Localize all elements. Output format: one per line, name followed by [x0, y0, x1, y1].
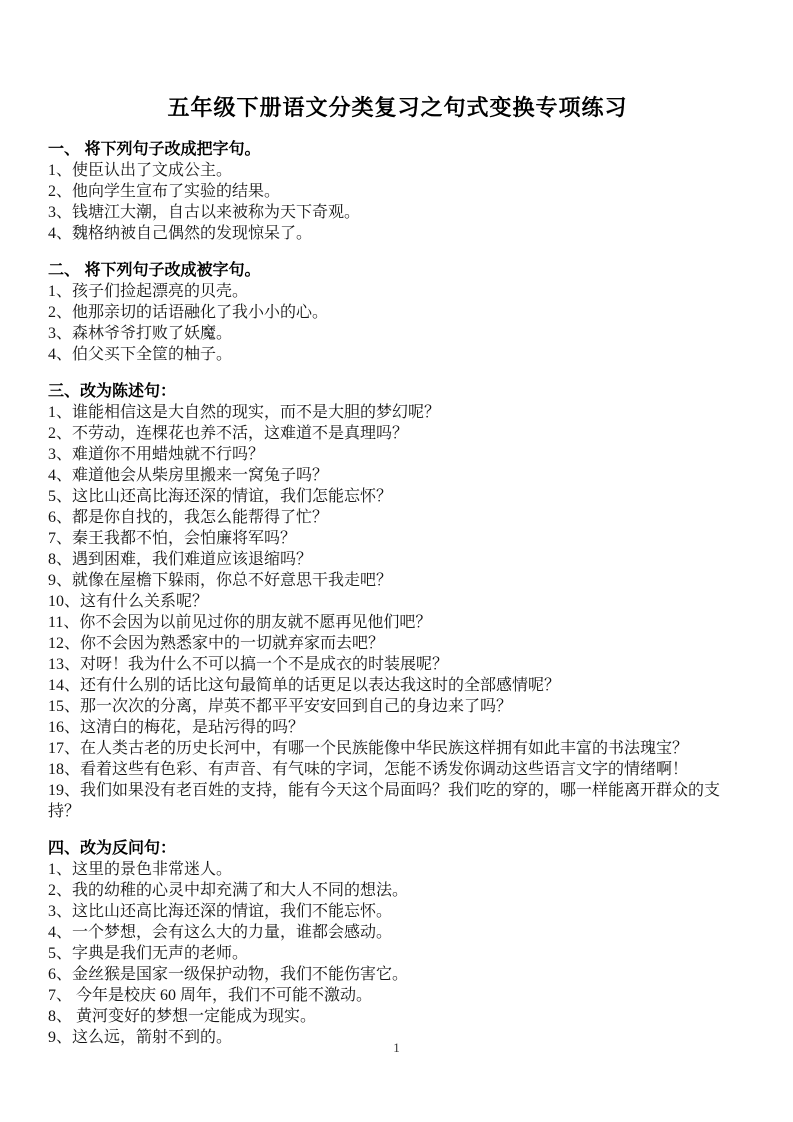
exercise-item: 13、对呀！我为什么不可以搞一个不是成衣的时装展呢？: [48, 654, 747, 675]
exercise-item: 2、他向学生宣布了实验的结果。: [48, 181, 747, 202]
exercise-item: 1、这里的景色非常迷人。: [48, 859, 747, 880]
exercise-item: 5、字典是我们无声的老师。: [48, 943, 747, 964]
exercise-item: 2、不劳动，连棵花也养不活，这难道不是真理吗？: [48, 423, 747, 444]
document-page: 五年级下册语文分类复习之句式变换专项练习 一、 将下列句子改成把字句。1、使臣认…: [0, 0, 793, 1122]
exercise-item: 7、秦王我都不怕，会怕廉将军吗？: [48, 528, 747, 549]
exercise-section: 一、 将下列句子改成把字句。1、使臣认出了文成公主。2、他向学生宣布了实验的结果…: [48, 139, 747, 244]
exercise-item: 17、在人类古老的历史长河中，有哪一个民族能像中华民族这样拥有如此丰富的书法瑰宝…: [48, 738, 747, 759]
exercise-item: 6、都是你自找的，我怎么能帮得了忙？: [48, 507, 747, 528]
exercise-item: 11、你不会因为以前见过你的朋友就不愿再见他们吧？: [48, 612, 747, 633]
sections-container: 一、 将下列句子改成把字句。1、使臣认出了文成公主。2、他向学生宣布了实验的结果…: [48, 139, 747, 1048]
document-title: 五年级下册语文分类复习之句式变换专项练习: [48, 93, 747, 123]
section-heading: 一、 将下列句子改成把字句。: [48, 139, 747, 160]
exercise-item: 8、遇到困难，我们难道应该退缩吗？: [48, 549, 747, 570]
exercise-item: 1、使臣认出了文成公主。: [48, 160, 747, 181]
exercise-item: 18、看着这些有色彩、有声音、有气味的字词，怎能不诱发你调动这些语言文字的情绪啊…: [48, 759, 747, 780]
exercise-item: 3、森林爷爷打败了妖魔。: [48, 323, 747, 344]
exercise-item: 4、伯父买下全筐的柚子。: [48, 344, 747, 365]
exercise-item: 9、就像在屋檐下躲雨，你总不好意思干我走吧？: [48, 570, 747, 591]
page-number: 1: [0, 1040, 793, 1056]
exercise-item: 7、 今年是校庆 60 周年，我们不可能不激动。: [48, 985, 747, 1006]
exercise-item: 2、他那亲切的话语融化了我小小的心。: [48, 302, 747, 323]
exercise-item: 14、还有什么别的话比这句最简单的话更足以表达我这时的全部感情呢？: [48, 675, 747, 696]
exercise-section: 四、改为反问句：1、这里的景色非常迷人。2、我的幼稚的心灵中却充满了和大人不同的…: [48, 838, 747, 1048]
exercise-item: 1、谁能相信这是大自然的现实，而不是大胆的梦幻呢？: [48, 402, 747, 423]
exercise-item: 2、我的幼稚的心灵中却充满了和大人不同的想法。: [48, 880, 747, 901]
exercise-section: 三、改为陈述句：1、谁能相信这是大自然的现实，而不是大胆的梦幻呢？2、不劳动，连…: [48, 381, 747, 822]
section-heading: 三、改为陈述句：: [48, 381, 747, 402]
exercise-item: 4、魏格纳被自己偶然的发现惊呆了。: [48, 223, 747, 244]
exercise-item: 16、这清白的梅花，是玷污得的吗？: [48, 717, 747, 738]
exercise-item: 1、孩子们捡起漂亮的贝壳。: [48, 281, 747, 302]
exercise-item: 15、那一次次的分离，岸英不都平平安安回到自己的身边来了吗？: [48, 696, 747, 717]
exercise-item: 3、钱塘江大潮，自古以来被称为天下奇观。: [48, 202, 747, 223]
exercise-item: 10、这有什么关系呢？: [48, 591, 747, 612]
section-heading: 二、 将下列句子改成被字句。: [48, 260, 747, 281]
exercise-item: 8、 黄河变好的梦想一定能成为现实。: [48, 1006, 747, 1027]
exercise-section: 二、 将下列句子改成被字句。1、孩子们捡起漂亮的贝壳。2、他那亲切的话语融化了我…: [48, 260, 747, 365]
exercise-item: 12、你不会因为熟悉家中的一切就弃家而去吧？: [48, 633, 747, 654]
exercise-item: 4、一个梦想，会有这么大的力量，谁都会感动。: [48, 922, 747, 943]
exercise-item: 5、这比山还高比海还深的情谊，我们怎能忘怀？: [48, 486, 747, 507]
exercise-item: 3、这比山还高比海还深的情谊，我们不能忘怀。: [48, 901, 747, 922]
exercise-item: 3、难道你不用蜡烛就不行吗？: [48, 444, 747, 465]
exercise-item: 6、金丝猴是国家一级保护动物，我们不能伤害它。: [48, 964, 747, 985]
exercise-item: 19、我们如果没有老百姓的支持，能有今天这个局面吗？我们吃的穿的，哪一样能离开群…: [48, 780, 747, 822]
section-heading: 四、改为反问句：: [48, 838, 747, 859]
exercise-item: 4、难道他会从柴房里搬来一窝兔子吗？: [48, 465, 747, 486]
